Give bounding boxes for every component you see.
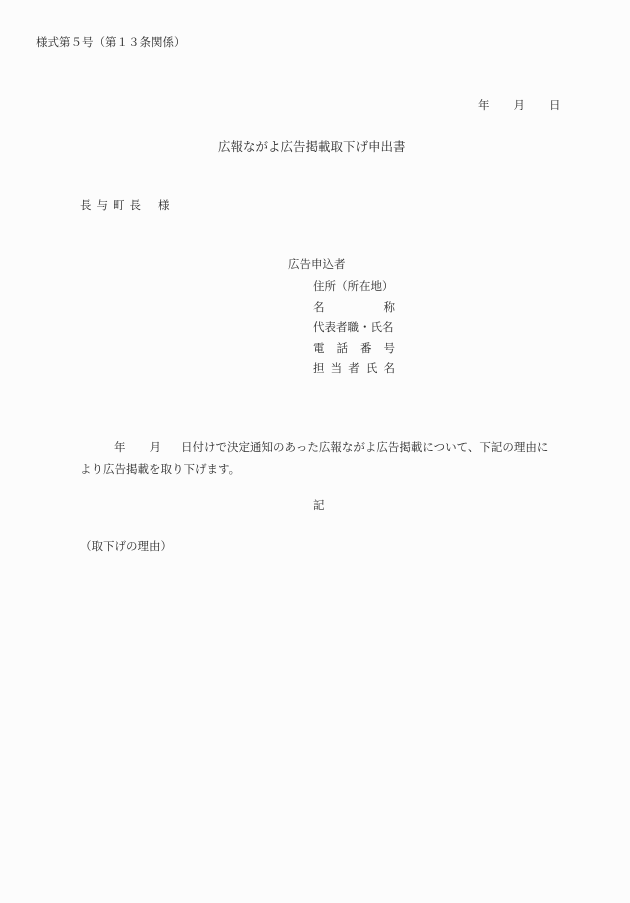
applicant-heading: 広告申込者 xyxy=(288,256,346,272)
addressee-honorific: 様 xyxy=(158,198,170,212)
date-day-label: 日 xyxy=(549,97,561,113)
field-label-char: 称 xyxy=(384,297,396,318)
applicant-fields: 住所（所在地） 名 称 代表者職・氏名 電 話 番 号 担 当 者 氏 名 xyxy=(313,276,395,379)
addressee-char: 与 xyxy=(97,197,109,213)
addressee-char: 長 xyxy=(80,197,92,213)
addressee: 長与町長様 xyxy=(80,197,170,213)
field-label-char: 番 xyxy=(360,338,372,359)
field-address: 住所（所在地） xyxy=(313,276,395,297)
field-label: 住所（所在地） xyxy=(313,276,394,297)
addressee-char: 長 xyxy=(130,197,142,213)
field-representative: 代表者職・氏名 xyxy=(313,317,395,338)
addressee-char: 町 xyxy=(113,197,125,213)
body-line-1-rest: 日付けで決定通知のあった広報ながよ広告掲載について、下記の理由に xyxy=(181,440,548,454)
body-month-label: 月 xyxy=(150,440,162,454)
field-label-char: 話 xyxy=(337,338,349,359)
date-month-label: 月 xyxy=(514,97,526,113)
body-line-1: 年月日付けで決定通知のあった広報ながよ広告掲載について、下記の理由に xyxy=(80,436,560,458)
body-line-2: より広告掲載を取り下げます。 xyxy=(80,458,560,480)
field-label-char: 電 xyxy=(313,338,325,359)
field-label-char: 者 xyxy=(348,358,360,379)
field-label: 代表者職・氏名 xyxy=(313,317,394,338)
body-text: 年月日付けで決定通知のあった広報ながよ広告掲載について、下記の理由に より広告掲… xyxy=(80,436,560,480)
field-label-char: 名 xyxy=(384,358,396,379)
field-label-char: 名 xyxy=(313,297,325,318)
ki-heading: 記 xyxy=(313,497,325,513)
field-contact-person: 担 当 者 氏 名 xyxy=(313,358,395,379)
date-line: 年月日 xyxy=(478,97,561,113)
form-number: 様式第５号（第１３条関係） xyxy=(36,34,186,50)
field-label-char: 当 xyxy=(331,358,343,379)
field-phone: 電 話 番 号 xyxy=(313,338,395,359)
body-year-label: 年 xyxy=(114,440,126,454)
field-label-char: 担 xyxy=(313,358,325,379)
field-label-char: 号 xyxy=(384,338,396,359)
field-label-char: 氏 xyxy=(366,358,378,379)
reason-heading: （取下げの理由） xyxy=(80,538,172,554)
field-name: 名 称 xyxy=(313,297,395,318)
date-year-label: 年 xyxy=(478,97,490,113)
document-title: 広報ながよ広告掲載取下げ申出書 xyxy=(218,137,406,155)
